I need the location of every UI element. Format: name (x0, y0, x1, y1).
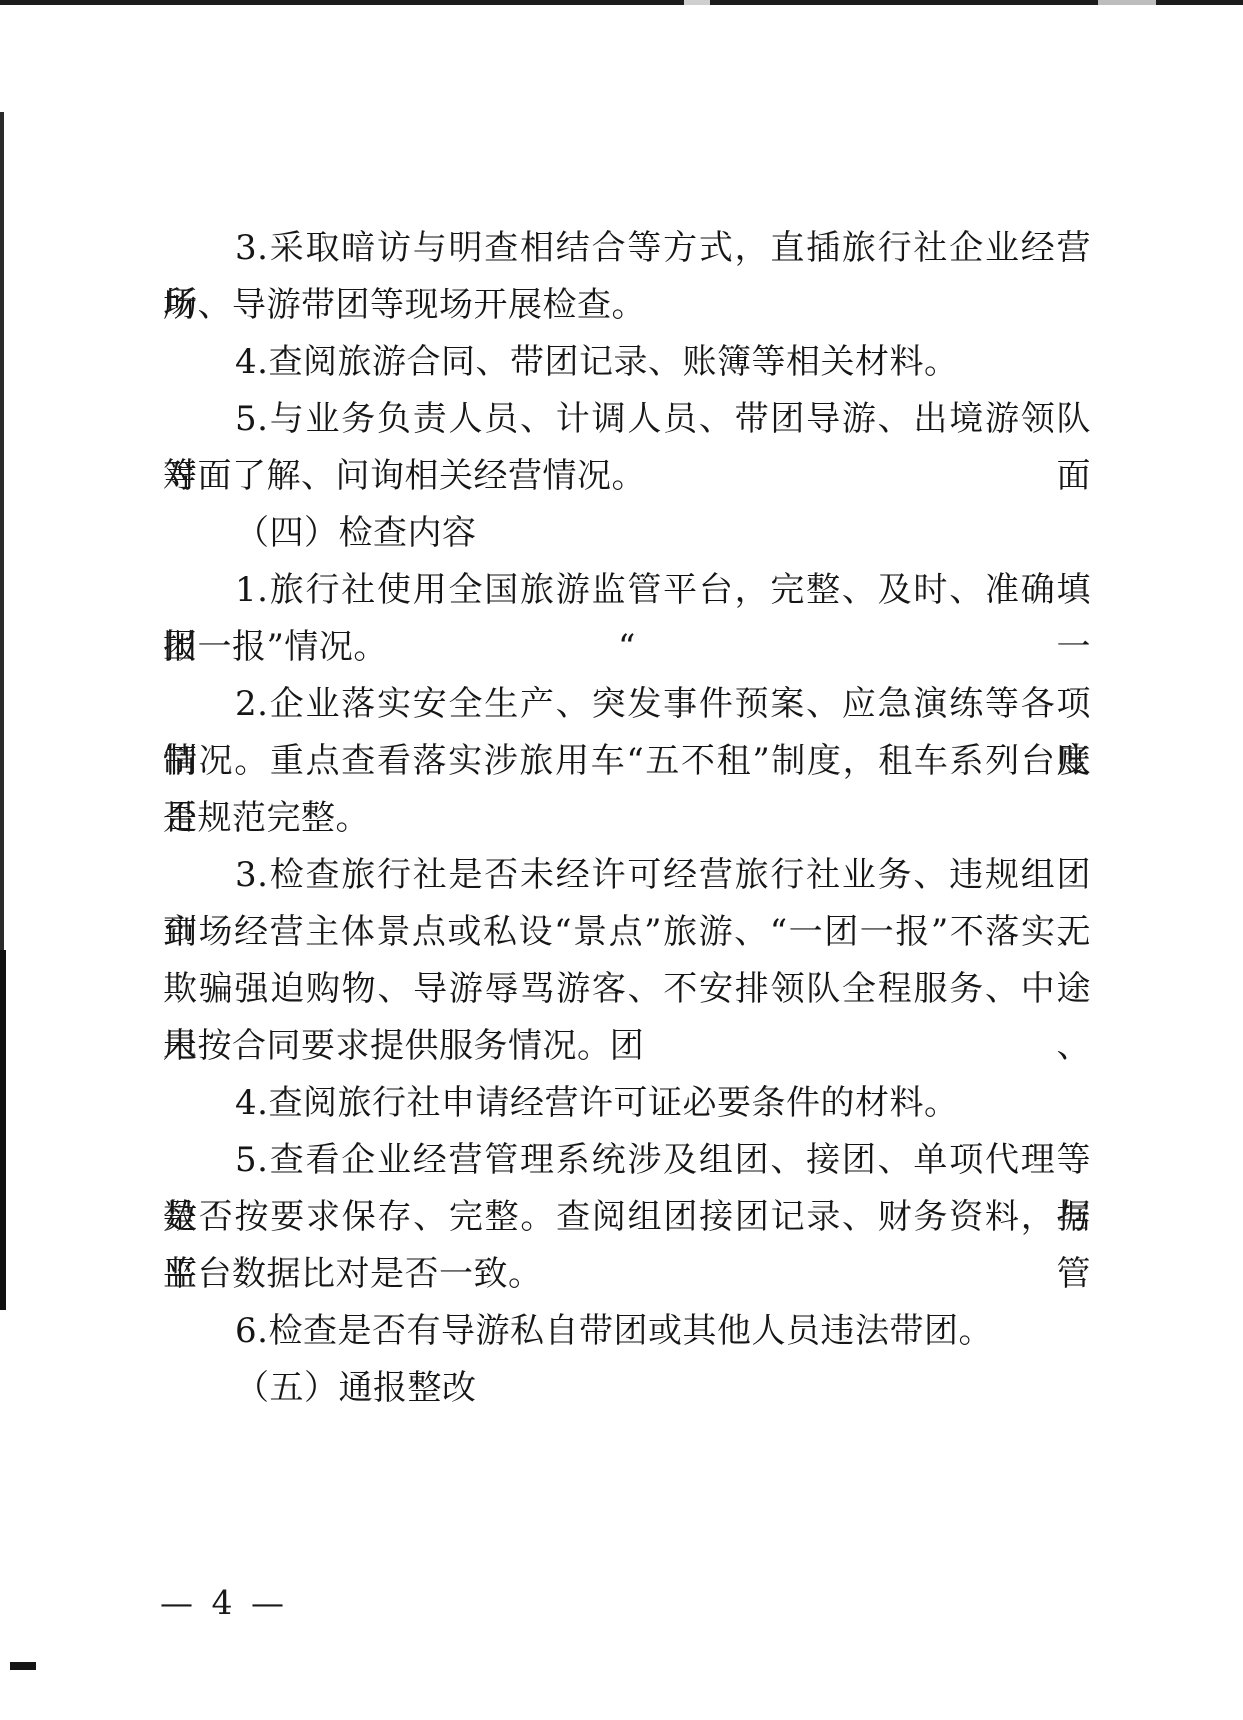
left-scan-artifact-dark (0, 950, 6, 1310)
top-scan-artifact-gap (1098, 0, 1156, 5)
top-scan-artifact (0, 0, 1243, 5)
text-line: （四）检查内容 (163, 505, 1091, 562)
text-line: 3.采取暗访与明查相结合等方式，直插旅行社企业经营场 (163, 220, 1091, 277)
page-number: — 4 — (160, 1582, 288, 1624)
document-page: 3.采取暗访与明查相结合等方式，直插旅行社企业经营场所、导游带团等现场开展检查。… (0, 0, 1243, 1720)
text-line: 是否按要求保存、完整。查阅组团接团记录、财务资料，与监管 (163, 1189, 1091, 1246)
page-number-label: — 4 — (160, 1583, 288, 1622)
text-line: 情况。重点查看落实涉旅用车“五不租”制度，租车系列台账是 (163, 733, 1091, 790)
document-content: 3.采取暗访与明查相结合等方式，直插旅行社企业经营场所、导游带团等现场开展检查。… (163, 220, 1091, 1417)
text-line: 1.旅行社使用全国旅游监管平台，完整、及时、准确填报“一 (163, 562, 1091, 619)
text-line: 5.与业务负责人员、计调人员、带团导游、出境游领队等面 (163, 391, 1091, 448)
top-scan-artifact-gap (684, 0, 710, 5)
text-line: 否规范完整。 (163, 790, 1091, 847)
text-line: 市场经营主体景点或私设“景点”旅游、“一团一报”不落实、 (163, 904, 1091, 961)
corner-scan-artifact (10, 1662, 36, 1670)
text-line: 4.查阅旅游合同、带团记录、账簿等相关材料。 (163, 334, 1091, 391)
text-line: 6.检查是否有导游私自带团或其他人员违法带团。 (163, 1303, 1091, 1360)
text-line: 2.企业落实安全生产、突发事件预案、应急演练等各项制度 (163, 676, 1091, 733)
text-line: 5.查看企业经营管理系统涉及组团、接团、单项代理等数据 (163, 1132, 1091, 1189)
text-line: （五）通报整改 (163, 1360, 1091, 1417)
text-line: 3.检查旅行社是否未经许可经营旅行社业务、违规组团到无 (163, 847, 1091, 904)
text-line: 欺骗强迫购物、导游辱骂游客、不安排领队全程服务、中途甩团、 (163, 961, 1091, 1018)
text-line: 所、导游带团等现场开展检查。 (163, 277, 1091, 334)
text-line: 4.查阅旅行社申请经营许可证必要条件的材料。 (163, 1075, 1091, 1132)
